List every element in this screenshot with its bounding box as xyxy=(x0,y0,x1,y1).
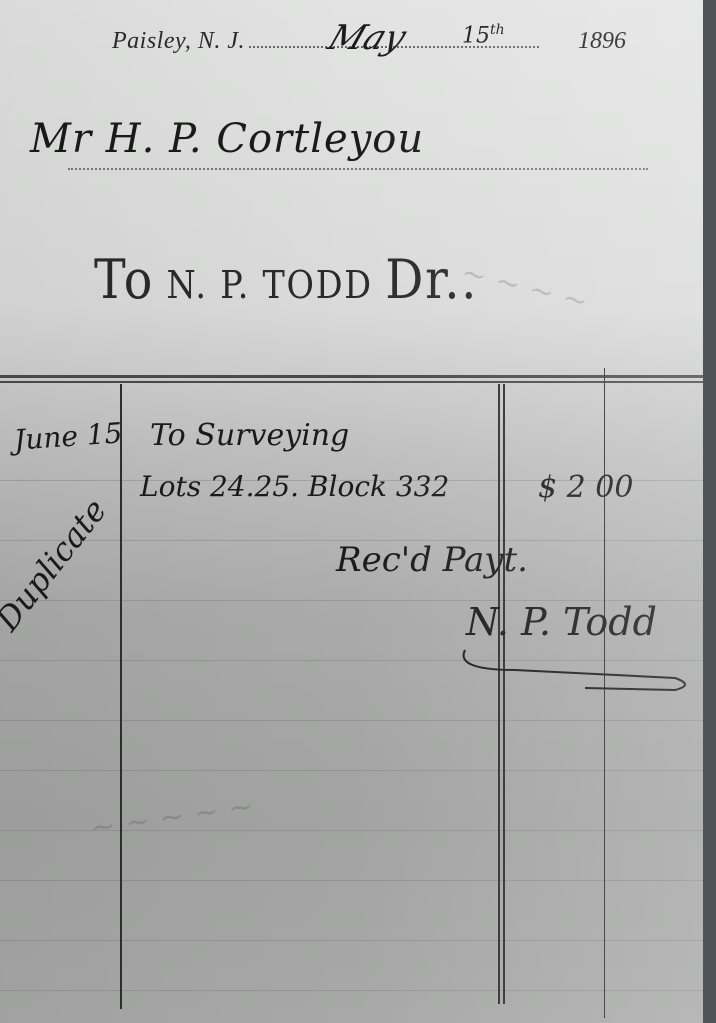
signature-flourish xyxy=(455,640,700,695)
date-day: 15th xyxy=(462,22,505,48)
ruled-line xyxy=(0,990,703,991)
receipt-sheet: ~ ~ ~ ~ ~ ~ ~ ~ ~ Paisley, N. J. May 15t… xyxy=(0,0,703,1023)
column-rule-date xyxy=(120,384,122,1009)
entry-description-line1: To Surveying xyxy=(150,418,349,453)
billed-by-heading: To N. P. TODD Dr.. xyxy=(94,248,478,311)
heading-suffix: Dr.. xyxy=(385,248,478,311)
date-month: May xyxy=(323,18,412,58)
date-year: 1896 xyxy=(578,28,626,55)
date-day-suffix: th xyxy=(490,22,505,38)
entry-description-line2: Lots 24.25. Block 332 xyxy=(140,470,449,503)
receipt-note: Rec'd Payt. xyxy=(336,540,528,580)
photo-border-strip xyxy=(703,0,716,1023)
heading-name: N. P. TODD xyxy=(167,263,373,307)
heading-prefix: To xyxy=(94,248,154,311)
ruled-line xyxy=(0,880,703,881)
addressee-dotted-line xyxy=(68,168,648,170)
date-day-number: 15 xyxy=(462,23,490,48)
ruled-line xyxy=(0,720,703,721)
signature: N. P. Todd xyxy=(466,600,657,644)
ruled-line xyxy=(0,940,703,941)
ledger-top-rule xyxy=(0,375,703,378)
ruled-line xyxy=(0,770,703,771)
bleed-through-writing: ~ ~ ~ ~ ~ xyxy=(88,789,255,846)
entry-date: June 15 xyxy=(13,416,123,456)
entry-amount: $ 2 00 xyxy=(538,470,633,505)
duplicate-margin-note: Duplicate xyxy=(0,492,114,638)
ledger-top-rule-inner xyxy=(0,381,703,383)
addressee-name: Mr H. P. Cortleyou xyxy=(30,116,424,162)
place-label: Paisley, N. J. xyxy=(112,28,245,54)
